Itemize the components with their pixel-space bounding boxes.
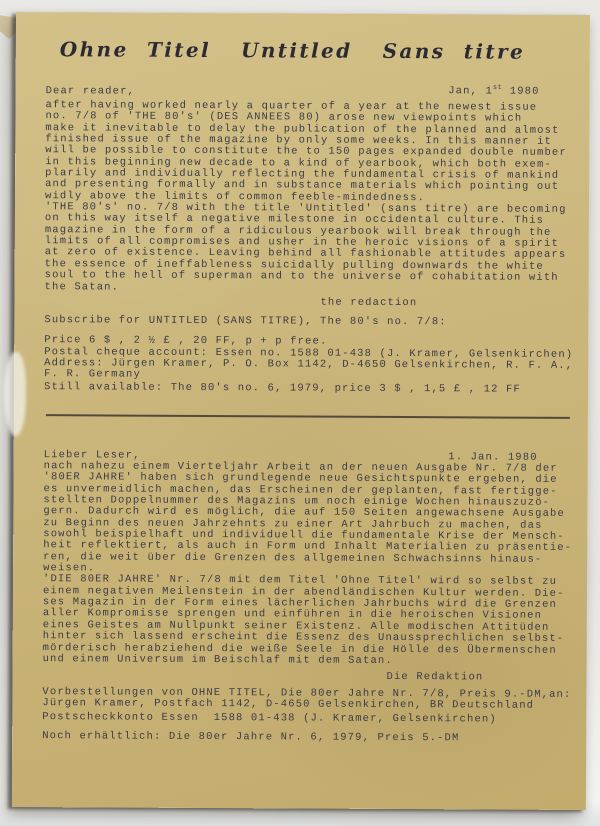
en-date-year: 1980 [502, 86, 539, 98]
section-divider-rule [46, 414, 570, 419]
de-body-paragraph: nach nahezu einem Vierteljahr Arbeit an … [43, 461, 573, 668]
de-still-available-line: Noch erhältlich: Die 80er Jahre Nr. 6, 1… [42, 731, 459, 745]
en-date-superscript: st [493, 84, 502, 92]
page-title: Ohne Titel Untitled Sans titre [60, 37, 525, 63]
de-signoff: Die Redaktion [386, 672, 483, 684]
de-order-line: Vorbestellungen von OHNE TITEL, Die 80er… [42, 687, 571, 712]
en-subscribe-line: Subscribe for UNTITLED (SANS TITRE), The… [44, 315, 446, 328]
scan-background: Ohne Titel Untitled Sans titre Dear read… [0, 0, 600, 826]
tape-left-edge [4, 352, 26, 436]
en-salutation: Dear reader, [46, 86, 135, 98]
en-address-line: Address: Jürgen Kramer, P. O. Box 1142, … [44, 358, 573, 383]
en-signoff: the redaction [320, 298, 417, 310]
title-german: Ohne Titel [60, 37, 211, 62]
en-body-paragraph: after having worked nearly a quarter of … [45, 100, 568, 296]
en-date-day: Jan, 1 [448, 85, 493, 97]
title-english: Untitled [241, 38, 353, 63]
title-french: Sans titre [383, 39, 526, 64]
en-date: Jan, 1st 1980 [448, 86, 539, 98]
letter-page: Ohne Titel Untitled Sans titre Dear read… [12, 12, 590, 810]
en-still-available-line: Still available: The 80's no. 6, 1979, p… [44, 382, 521, 396]
de-postal-account-line: Postscheckkonto Essen 1588 01-438 (J. Kr… [42, 712, 497, 726]
